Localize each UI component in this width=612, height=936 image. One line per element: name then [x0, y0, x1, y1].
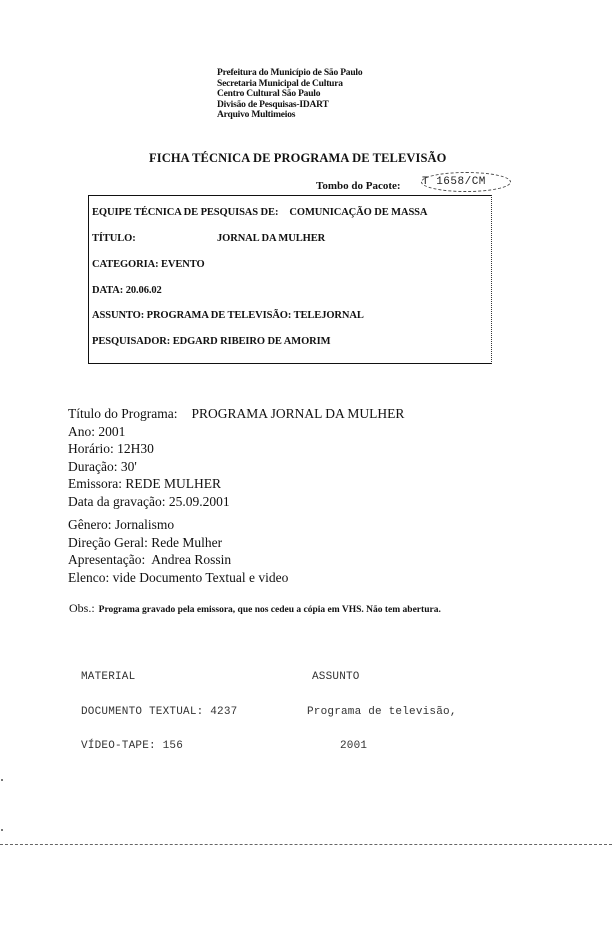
assunto-line-2: 2001 — [307, 741, 457, 753]
material-stamp: MATERIAL DOCUMENTO TEXTUAL: 4237 VÍDEO-T… — [81, 649, 237, 764]
video-tape: VÍDEO-TAPE: 156 — [81, 741, 237, 753]
categoria-value: EVENTO — [161, 259, 205, 270]
assunto-label: ASSUNTO: — [92, 310, 144, 321]
documento-textual: DOCUMENTO TEXTUAL: 4237 — [81, 707, 237, 719]
observation-label: Obs.: — [69, 601, 95, 615]
document-title: FICHA TÉCNICA DE PROGRAMA DE TELEVISÃO — [149, 151, 447, 166]
program-details: Título do Programa:PROGRAMA JORNAL DA MU… — [68, 405, 404, 511]
tombo-value: T 1658/CM — [422, 176, 486, 188]
direction-line: Direção Geral: Rede Mulher — [68, 534, 288, 552]
program-time-line: Horário: 12H30 — [68, 440, 404, 458]
scan-artifact-dot — [1, 829, 3, 831]
presenter-label: Apresentação: — [68, 552, 145, 567]
institution-line: Prefeitura do Município de São Paulo — [217, 68, 362, 79]
equipe-value: COMUNICAÇÃO DE MASSA — [289, 207, 427, 218]
recording-date-value: 25.09.2001 — [169, 494, 230, 509]
scan-artifact-line — [0, 844, 612, 845]
data-value: 20.06.02 — [126, 285, 162, 296]
form-row-pesquisador: PESQUISADOR: EDGARD RIBEIRO DE AMORIM — [92, 336, 330, 347]
cast-label: Elenco: — [68, 570, 109, 585]
tombo-label: Tombo do Pacote: — [316, 180, 401, 192]
year-value: 2001 — [98, 424, 125, 439]
broadcaster-label: Emissora: — [68, 476, 122, 491]
program-title-label: Título do Programa: — [68, 406, 177, 421]
scan-artifact-dot — [1, 779, 3, 781]
observation: Obs.: Programa gravado pela emissora, qu… — [69, 599, 441, 617]
duration-value: 30' — [121, 459, 137, 474]
presenter-value: Andrea Rossin — [151, 552, 231, 567]
direction-value: Rede Mulher — [151, 535, 222, 550]
institution-line: Centro Cultural São Paulo — [217, 89, 362, 100]
time-value: 12H30 — [117, 441, 154, 456]
direction-label: Direção Geral: — [68, 535, 148, 550]
assunto-line-1: Programa de televisão, — [307, 707, 457, 719]
program-year-line: Ano: 2001 — [68, 423, 404, 441]
data-label: DATA: — [92, 285, 123, 296]
program-title-value: PROGRAMA JORNAL DA MULHER — [191, 406, 404, 421]
institution-line: Divisão de Pesquisas-IDART — [217, 100, 362, 111]
categoria-label: CATEGORIA: — [92, 259, 158, 270]
material-heading: MATERIAL — [81, 672, 237, 684]
pesquisador-value: EDGARD RIBEIRO DE AMORIM — [173, 336, 331, 347]
form-row-assunto: ASSUNTO: PROGRAMA DE TELEVISÃO: TELEJORN… — [92, 310, 364, 321]
cast-value: vide Documento Textual e video — [113, 570, 289, 585]
assunto-value: PROGRAMA DE TELEVISÃO: TELEJORNAL — [147, 310, 364, 321]
genre-line: Gênero: Jornalismo — [68, 516, 288, 534]
form-row-categoria: CATEGORIA: EVENTO — [92, 259, 205, 270]
program-duration-line: Duração: 30' — [68, 458, 404, 476]
presenter-line: Apresentação: Andrea Rossin — [68, 551, 288, 569]
program-credits: Gênero: Jornalismo Direção Geral: Rede M… — [68, 516, 288, 586]
observation-text: Programa gravado pela emissora, que nos … — [99, 605, 441, 615]
institution-line: Arquivo Multimeios — [217, 110, 362, 121]
assunto-heading: ASSUNTO — [307, 672, 457, 684]
form-row-titulo: TÍTULO:JORNAL DA MULHER — [92, 233, 325, 244]
program-broadcaster-line: Emissora: REDE MULHER — [68, 475, 404, 493]
equipe-label: EQUIPE TÉCNICA DE PESQUISAS DE: — [92, 207, 278, 218]
genre-label: Gênero: — [68, 517, 111, 532]
year-label: Ano: — [68, 424, 95, 439]
program-recording-date-line: Data da gravação: 25.09.2001 — [68, 493, 404, 511]
time-label: Horário: — [68, 441, 114, 456]
assunto-stamp: ASSUNTO Programa de televisão, 2001 — [307, 649, 457, 764]
titulo-value: JORNAL DA MULHER — [217, 233, 325, 244]
broadcaster-value: REDE MULHER — [125, 476, 221, 491]
cast-line: Elenco: vide Documento Textual e video — [68, 569, 288, 587]
recording-date-label: Data da gravação: — [68, 494, 165, 509]
titulo-label: TÍTULO: — [92, 233, 217, 244]
duration-label: Duração: — [68, 459, 117, 474]
genre-value: Jornalismo — [115, 517, 174, 532]
form-row-equipe: EQUIPE TÉCNICA DE PESQUISAS DE: COMUNICA… — [92, 207, 427, 218]
pesquisador-label: PESQUISADOR: — [92, 336, 170, 347]
institution-header: Prefeitura do Município de São Paulo Sec… — [217, 68, 362, 121]
program-title-line: Título do Programa:PROGRAMA JORNAL DA MU… — [68, 405, 404, 423]
institution-line: Secretaria Municipal de Cultura — [217, 79, 362, 90]
form-row-data: DATA: 20.06.02 — [92, 285, 162, 296]
